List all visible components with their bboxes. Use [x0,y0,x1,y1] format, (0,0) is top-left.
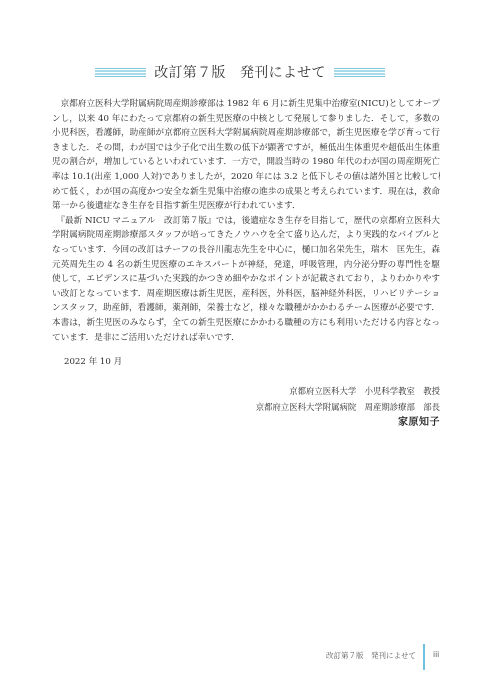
body-line: きました．その間，わが国では少子化で出生数の低下が顕著ですが，極低出生体重児や超… [52,141,440,156]
signature-affiliation-2: 京都府立医科大学附属病院 周産期診療部 部長 [256,400,440,416]
body-line: 率は 10.1(出産 1,000 人対)でありましたが，2020 年には 3.2… [52,170,440,185]
body-line: めて低く，わが国の高度かつ安全な新生児集中治療の進歩の成果と考えられています．現… [52,185,440,200]
page-footer: 改訂第７版 発刊によせて iii [0,648,480,666]
body-line: 第一から後遺症なき生存を目指す新生児医療が行われています． [52,199,440,214]
heading-rule-left [95,68,146,77]
body-line: ンスタッフ，助産師，看護師，薬剤師，栄養士など，様々な職種がかかわるチーム医療が… [52,301,440,316]
page-number: iii [433,650,439,659]
date: 2022 年 10 月 [64,355,122,367]
signature-affiliation-1: 京都府立医科大学 小児科学教室 教授 [256,384,440,400]
section-heading: 改訂第７版 発刊によせて [0,62,480,82]
body-line: 児の割合が，増加しているといわれています．一方で，開設当時の 1980 年代のわ… [52,155,440,170]
body-line: ています．是非にご活用いただければ幸いです． [52,331,440,346]
heading-rule-right [334,68,385,77]
body-line: 『最新 NICU マニュアル 改訂第７版』では，後遺症なき生存を目指して，歴代の… [52,214,440,229]
body-line: 元英周先生の 4 名の新生児医療のエキスパートが神経，発達，呼吸管理，内分泌分野… [52,258,440,273]
body-line: 小児科医，看護師，助産師が京都府立医科大学附属病院周産期診療部で，新生児医療を学… [52,126,440,141]
body-line: 京都府立医科大学附属病院周産期診療部は 1982 年 6 月に新生児集中治療室(… [52,97,440,112]
body-line: 使して，エビデンスに基づいた実践的かつきめ細やかなポイントが記載されており，より… [52,272,440,287]
body-line: ンし，以来 40 年にわたって京都府の新生児医療の中核として発展して参りました．… [52,112,440,127]
heading-title: 改訂第７版 発刊によせて [154,62,326,82]
body-line: 本書は，新生児医のみならず，全ての新生児医療にかかわる職種の方にも利用いただける… [52,316,440,331]
body-line: 学附属病院周産期診療部スタッフが培ってきたノウハウを全て盛り込んだ，より実践的な… [52,228,440,243]
running-title: 改訂第７版 発刊によせて [326,650,416,661]
footer-divider [423,644,425,670]
preface-body: 京都府立医科大学附属病院周産期診療部は 1982 年 6 月に新生児集中治療室(… [52,97,440,345]
signature-name: 家原知子 [256,415,440,431]
signature-block: 京都府立医科大学 小児科学教室 教授 京都府立医科大学附属病院 周産期診療部 部… [256,384,440,431]
body-line: なっています．今回の改訂はチーフの長谷川龍志先生を中心に，樋口加名栄先生，瑞木 … [52,243,440,258]
body-line: い改訂となっています．周産期医療は新生児医，産科医，外科医，脳神経外科医，リハビ… [52,287,440,302]
